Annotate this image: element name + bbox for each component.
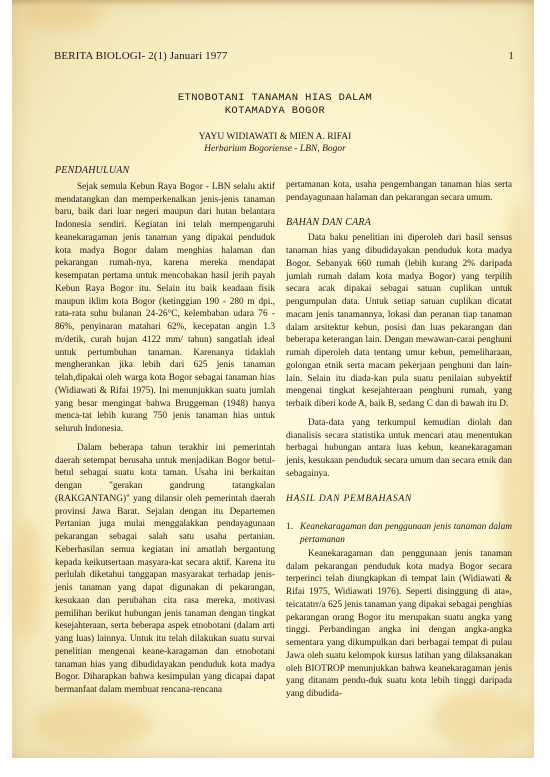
paper-stain <box>32 700 152 750</box>
paper-stain <box>22 0 102 30</box>
running-header: BERITA BIOLOGI- 2(1) Januari 1977 1 <box>54 50 514 62</box>
article-title: ETNOBOTANI TANAMAN HIAS DALAM KOTAMADYA … <box>0 92 550 118</box>
subsection-title: Keanekaragaman dan penggunaan jenis tana… <box>300 521 512 547</box>
paper-stain <box>12 520 42 640</box>
title-line-2: KOTAMADYA BOGOR <box>0 105 550 118</box>
paragraph-continued: pertamanan kota, usaha pengembangan tana… <box>286 179 512 205</box>
section-heading-bahan-dan-cara: BAHAN DAN CARA <box>286 217 512 230</box>
paragraph: Data baku penelitian ini diperoleh dari … <box>286 232 512 411</box>
affiliation: Herbarium Bogoriense - LBN, Bogor <box>0 143 550 155</box>
page-number: 1 <box>508 50 514 62</box>
paragraph: Data-data yang terkumpul kemudian diolah… <box>286 417 512 481</box>
section-heading-hasil-dan-pembahasan: HASIL DAN PEMBAHASAN <box>286 493 512 506</box>
paragraph: Sejak semula Kebun Raya Bogor - LBN sela… <box>55 181 275 436</box>
left-column: PENDAHULUAN Sejak semula Kebun Raya Bogo… <box>55 165 275 697</box>
paragraph: Dalam beberapa tahun terakhir ini pemeri… <box>55 442 275 697</box>
authors: YAYU WIDIAWATI & MIEN A. RIFAI <box>0 131 550 143</box>
subsection-heading: 1. Keanekaragaman dan penggunaan jenis t… <box>286 521 512 547</box>
title-line-1: ETNOBOTANI TANAMAN HIAS DALAM <box>0 92 550 105</box>
author-block: YAYU WIDIAWATI & MIEN A. RIFAI Herbarium… <box>0 131 550 155</box>
subsection-number: 1. <box>286 521 300 547</box>
journal-citation: BERITA BIOLOGI- 2(1) Januari 1977 <box>54 50 228 62</box>
section-heading-pendahuluan: PENDAHULUAN <box>55 165 275 178</box>
paragraph: Keanekaragaman dan penggunaan jenis tana… <box>286 548 512 701</box>
right-column: pertamanan kota, usaha pengembangan tana… <box>286 179 512 701</box>
